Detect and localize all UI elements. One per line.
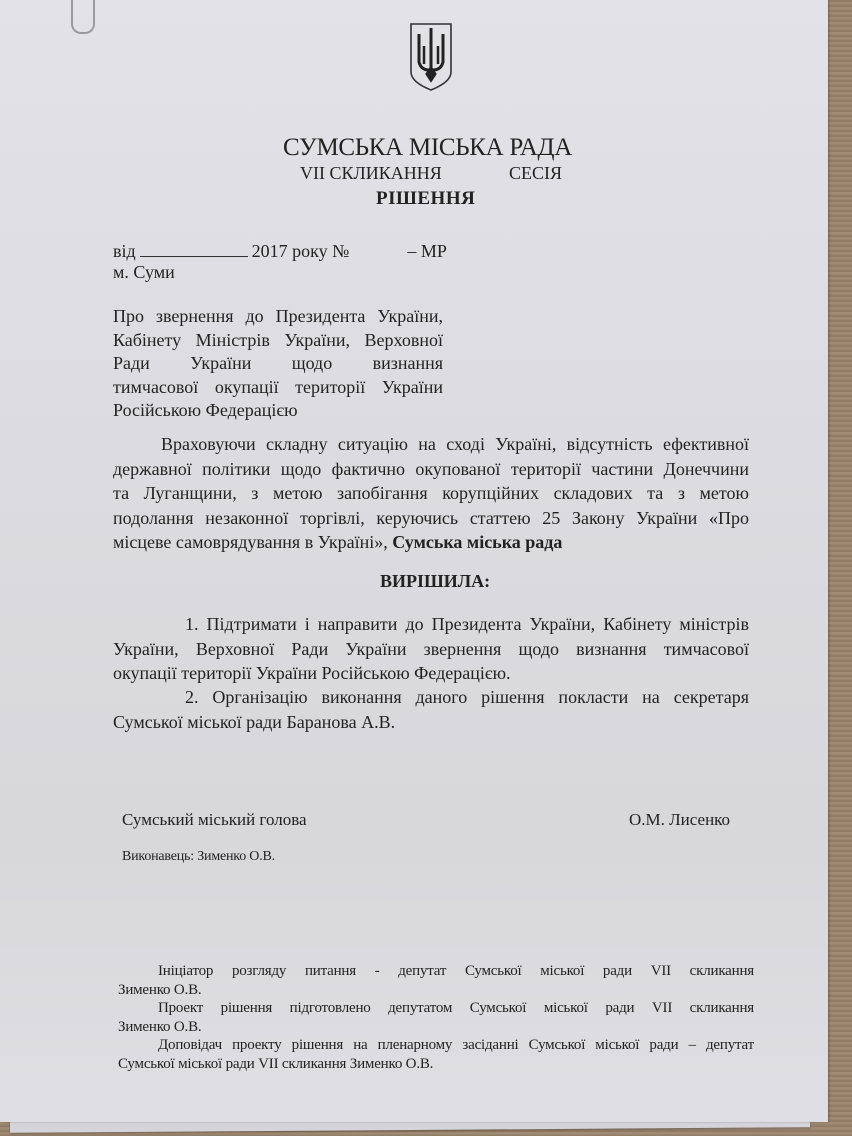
preamble-line: державної політики щодо фактично окупова… xyxy=(113,457,749,482)
coat-of-arms-icon xyxy=(407,20,455,92)
note-line: Зименко О.В. xyxy=(118,981,754,1000)
item-line: України, Верховної Ради України зверненн… xyxy=(113,637,749,662)
signer-position: Сумський міський голова xyxy=(122,810,307,830)
document-type: РІШЕННЯ xyxy=(376,188,475,210)
preamble: Враховуючи складну ситуацію на сході Укр… xyxy=(113,432,749,555)
item-line: окупації території України Російською Фе… xyxy=(113,661,749,686)
preamble-line: подолання незаконної торгівлі, керуючись… xyxy=(113,506,749,531)
executor: Виконавець: Зименко О.В. xyxy=(122,849,275,865)
date-year: 2017 року № xyxy=(252,241,350,261)
subject-line: Ради України щодо визнання xyxy=(113,352,443,376)
item-line: 2. Організацію виконання даного рішення … xyxy=(113,685,749,710)
note-prepared-by: Проект рішення підготовлено депутатом Су… xyxy=(118,999,754,1036)
date-line: від2017 року №– МР xyxy=(113,240,447,262)
council-bold: Сумська міська рада xyxy=(392,532,562,552)
convocation-label: VII СКЛИКАННЯ xyxy=(300,163,442,184)
preamble-last-text: місцеве самоврядування в Україні», xyxy=(113,532,388,552)
session-label: СЕСІЯ xyxy=(509,163,562,184)
document-page: СУМСЬКА МІСЬКА РАДА VII СКЛИКАННЯ СЕСІЯ … xyxy=(0,0,828,1122)
council-title: СУМСЬКА МІСЬКА РАДА xyxy=(283,134,572,162)
resolution-item-2: 2. Організацію виконання даного рішення … xyxy=(113,685,749,734)
subject-line: Про звернення до Президента України, xyxy=(113,305,443,329)
registry-suffix: – МР xyxy=(407,241,447,261)
date-blank xyxy=(140,240,248,257)
resolved-heading: ВИРІШИЛА: xyxy=(380,571,490,592)
item-line: 1. Підтримати і направити до Президента … xyxy=(113,612,749,637)
city: м. Суми xyxy=(113,262,175,283)
date-prefix: від xyxy=(113,241,136,261)
preamble-line: Враховуючи складну ситуацію на сході Укр… xyxy=(113,432,749,457)
item-line: Сумської міської ради Баранова А.В. xyxy=(113,710,749,735)
note-initiator: Ініціатор розгляду питання - депутат Сум… xyxy=(118,962,754,999)
preamble-line: та Луганщини, з метою запобігання корупц… xyxy=(113,481,749,506)
subject-line: Кабінету Міністрів України, Верховної xyxy=(113,329,443,353)
subject-line: тимчасової окупації території України xyxy=(113,376,443,400)
note-line: Ініціатор розгляду питання - депутат Сум… xyxy=(118,962,754,981)
note-line: Сумської міської ради VII скликання Зиме… xyxy=(118,1055,754,1074)
signer-name: О.М. Лисенко xyxy=(629,810,730,830)
subject-line: Російською Федерацією xyxy=(113,399,443,423)
note-line: Проект рішення підготовлено депутатом Су… xyxy=(118,999,754,1018)
note-speaker: Доповідач проекту рішення на пленарному … xyxy=(118,1036,754,1073)
resolution-item-1: 1. Підтримати і направити до Президента … xyxy=(113,612,749,686)
preamble-line: місцеве самоврядування в Україні», Сумсь… xyxy=(113,530,749,555)
note-line: Зименко О.В. xyxy=(118,1018,754,1037)
paperclip-icon xyxy=(71,0,95,34)
note-line: Доповідач проекту рішення на пленарному … xyxy=(118,1036,754,1055)
decision-subject: Про звернення до Президента України, Каб… xyxy=(113,305,443,423)
